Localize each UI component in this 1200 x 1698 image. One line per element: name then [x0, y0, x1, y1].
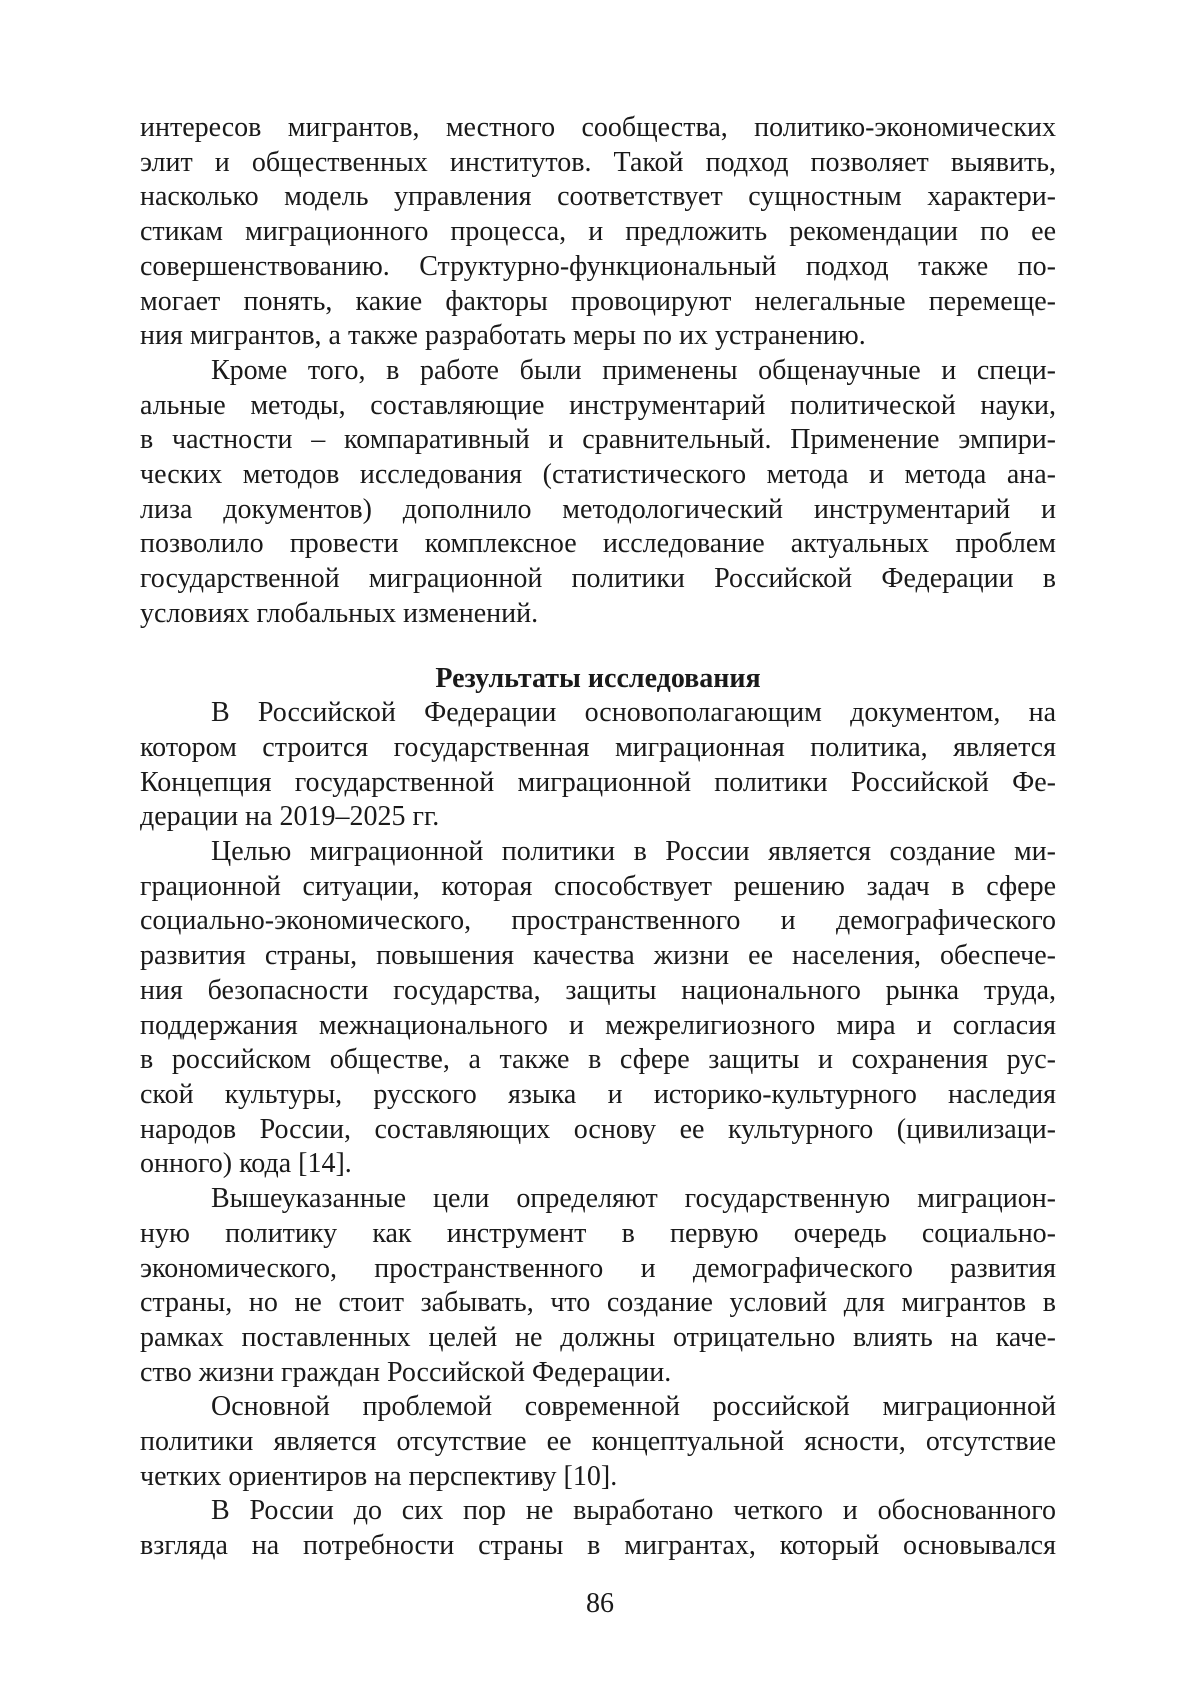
text-line: элит и общественных институтов. Такой по…	[140, 146, 1056, 181]
paragraph: В России до сих пор не выработано четког…	[140, 1494, 1056, 1563]
text-column: интересов мигрантов, местного сообщества…	[140, 111, 1056, 1564]
paragraph: В Российской Федерации основополагающим …	[140, 696, 1056, 835]
paragraph: Кроме того, в работе были применены обще…	[140, 354, 1056, 632]
text-line: Кроме того, в работе были применены обще…	[140, 354, 1056, 389]
text-line: четких ориентиров на перспективу [10].	[140, 1460, 1056, 1495]
text-line: государственной миграционной политики Ро…	[140, 562, 1056, 597]
text-line: позволило провести комплексное исследова…	[140, 527, 1056, 562]
text-line: могает понять, какие факторы провоцируют…	[140, 285, 1056, 320]
text-line: Концепция государственной миграционной п…	[140, 766, 1056, 801]
text-line: в российском обществе, а также в сфере з…	[140, 1043, 1056, 1078]
paragraph: интересов мигрантов, местного сообщества…	[140, 111, 1056, 354]
text-line: альные методы, составляющие инструментар…	[140, 389, 1056, 424]
text-line: интересов мигрантов, местного сообщества…	[140, 111, 1056, 146]
text-line: в частности – компаративный и сравнитель…	[140, 423, 1056, 458]
text-line: дерации на 2019–2025 гг.	[140, 800, 1056, 835]
text-line: ской культуры, русского языка и историко…	[140, 1078, 1056, 1113]
text-line: ство жизни граждан Российской Федерации.	[140, 1356, 1056, 1391]
text-line: взгляда на потребности страны в мигранта…	[140, 1529, 1056, 1564]
page-number: 86	[0, 1587, 1200, 1622]
text-line: страны, но не стоит забывать, что создан…	[140, 1286, 1056, 1321]
text-line: социально-экономического, пространственн…	[140, 904, 1056, 939]
text-line: поддержания межнационального и межрелиги…	[140, 1009, 1056, 1044]
text-line: ную политику как инструмент в первую оче…	[140, 1217, 1056, 1252]
text-line: онного) кода [14].	[140, 1147, 1056, 1182]
text-line: Основной проблемой современной российско…	[140, 1390, 1056, 1425]
paragraph: Основной проблемой современной российско…	[140, 1390, 1056, 1494]
document-page: интересов мигрантов, местного сообщества…	[0, 0, 1200, 1698]
text-line: политики является отсутствие ее концепту…	[140, 1425, 1056, 1460]
text-line: Вышеуказанные цели определяют государств…	[140, 1182, 1056, 1217]
paragraph: Целью миграционной политики в России явл…	[140, 835, 1056, 1182]
text-line: грационной ситуации, которая способствуе…	[140, 870, 1056, 905]
text-line: экономического, пространственного и демо…	[140, 1252, 1056, 1287]
text-line: ния безопасности государства, защиты нац…	[140, 974, 1056, 1009]
text-line: стикам миграционного процесса, и предлож…	[140, 215, 1056, 250]
paragraph: Вышеуказанные цели определяют государств…	[140, 1182, 1056, 1390]
text-line: котором строится государственная миграци…	[140, 731, 1056, 766]
text-line: Целью миграционной политики в России явл…	[140, 835, 1056, 870]
section-heading: Результаты исследования	[140, 662, 1056, 697]
text-line: ческих методов исследования (статистичес…	[140, 458, 1056, 493]
text-line: рамках поставленных целей не должны отри…	[140, 1321, 1056, 1356]
text-line: совершенствованию. Структурно-функционал…	[140, 250, 1056, 285]
text-line: В Российской Федерации основополагающим …	[140, 696, 1056, 731]
text-line: В России до сих пор не выработано четког…	[140, 1494, 1056, 1529]
text-line: насколько модель управления соответствуе…	[140, 180, 1056, 215]
text-line: народов России, составляющих основу ее к…	[140, 1113, 1056, 1148]
text-line: условиях глобальных изменений.	[140, 597, 1056, 632]
text-line: лиза документов) дополнило методологичес…	[140, 493, 1056, 528]
text-line: развития страны, повышения качества жизн…	[140, 939, 1056, 974]
text-line: ния мигрантов, а также разработать меры …	[140, 319, 1056, 354]
